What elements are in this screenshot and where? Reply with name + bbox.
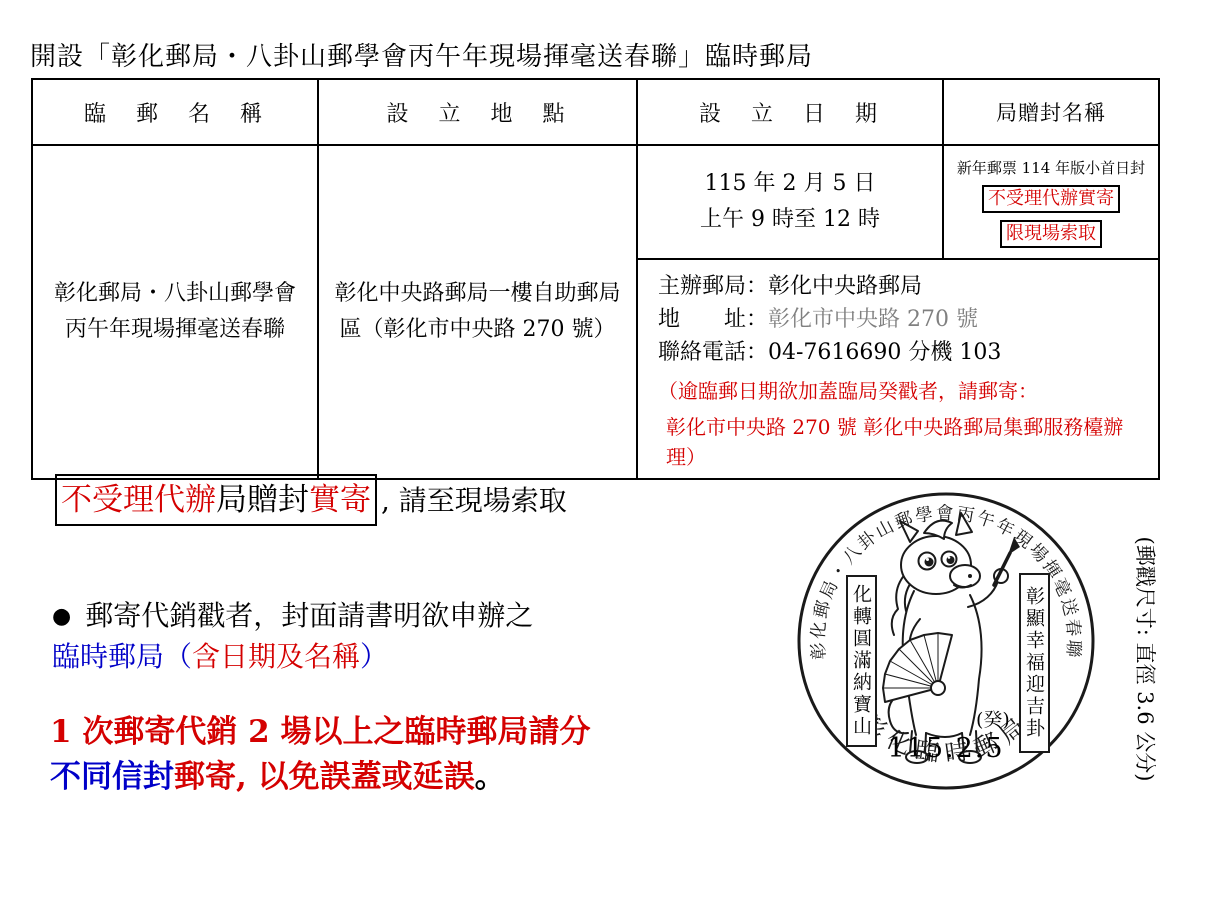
notice-boxed-phrase: 不受理代辦局贈封實寄 bbox=[55, 474, 377, 526]
bullet-block: ●郵寄代銷戳者，封面請書明欲申辦之 臨時郵局（含日期及名稱） bbox=[52, 596, 533, 677]
table-header-row: 臨 郵 名 稱 設 立 地 點 設 立 日 期 局贈封名稱 bbox=[32, 79, 1159, 145]
notice-red2: 實寄 bbox=[309, 482, 371, 518]
bullet-line1-text: 郵寄代銷戳者，封面請書明欲申辦之 bbox=[85, 599, 533, 632]
contact-host: 主辦郵局：彰化中央路郵局 bbox=[658, 270, 1152, 303]
date-line1: 115 年 2 月 5 日 bbox=[638, 166, 942, 202]
bullet-line1: ●郵寄代銷戳者，封面請書明欲申辦之 bbox=[52, 596, 533, 637]
stamp-right-box: 彰顯幸福迎吉卦 bbox=[1019, 573, 1050, 753]
stamp-seal-mark: (癸) bbox=[976, 705, 1010, 732]
page-title: 開設「彰化郵局・八卦山郵學會丙午年現場揮毫送春聯」臨時郵局 bbox=[30, 36, 813, 73]
contact-phone: 聯絡電話：04-7616690 分機 103 bbox=[658, 336, 1152, 369]
cover-note-onsite: 限現場索取 bbox=[1000, 220, 1102, 248]
notice-suffix: , 請至現場索取 bbox=[381, 484, 567, 517]
office-name-line1: 彰化郵局・八卦山郵學會 bbox=[33, 276, 317, 312]
document-page: 開設「彰化郵局・八卦山郵學會丙午年現場揮毫送春聯」臨時郵局 臨 郵 名 稱 設 … bbox=[0, 0, 1218, 898]
stamp-date: 115.2.5 bbox=[876, 733, 1016, 764]
cell-cover: 新年郵票 114 年版小首日封 不受理代辦實寄 限現場索取 bbox=[943, 145, 1159, 259]
horse-muzzle bbox=[950, 565, 980, 587]
bullet-red-text: 含日期及名稱 bbox=[192, 640, 360, 673]
horse-glint-left bbox=[926, 558, 929, 561]
warning-line2-red: 郵寄, 以免誤蓋或延誤 bbox=[174, 759, 475, 795]
notice-black: 局贈封 bbox=[216, 482, 309, 518]
contact-note-line1: （逾臨郵日期欲加蓋臨局癸戳者，請郵寄： bbox=[658, 376, 1152, 406]
bullet-icon: ● bbox=[52, 604, 71, 629]
stamp-size-caption: (郵戳尺寸: 直徑 3.6 公分) bbox=[1131, 489, 1161, 829]
bullet-paren-close: ） bbox=[360, 640, 388, 673]
cover-note-no-mail: 不受理代辦實寄 bbox=[982, 185, 1120, 213]
horse-hand-fan bbox=[931, 681, 945, 695]
horse-glint-right bbox=[948, 556, 951, 559]
horse-pupil-right bbox=[947, 556, 955, 564]
cell-contact: 主辦郵局：彰化中央路郵局 地 址：彰化市中央路 270 號 聯絡電話：04-76… bbox=[637, 259, 1159, 479]
office-name-line2: 丙午年現場揮毫送春聯 bbox=[33, 312, 317, 348]
notice-row: 不受理代辦局贈封實寄, 請至現場索取 bbox=[55, 474, 567, 526]
bullet-line2: 臨時郵局（含日期及名稱） bbox=[52, 637, 533, 677]
header-date: 設 立 日 期 bbox=[637, 79, 943, 145]
bullet-paren-open: （ bbox=[164, 640, 192, 673]
cover-name: 新年郵票 114 年版小首日封 bbox=[944, 158, 1158, 178]
stamp-left-box: 化轉圓滿納寶山 bbox=[846, 575, 877, 747]
cell-date: 115 年 2 月 5 日 上午 9 時至 12 時 bbox=[637, 145, 943, 259]
bullet-blue-text: 臨時郵局 bbox=[52, 640, 164, 673]
header-office-name: 臨 郵 名 稱 bbox=[32, 79, 318, 145]
date-line2: 上午 9 時至 12 時 bbox=[638, 202, 942, 238]
contact-note-line2: 彰化市中央路 270 號 彰化中央路郵局集郵服務檯辦理） bbox=[658, 412, 1152, 472]
contact-address-label: 地 址： bbox=[658, 307, 768, 332]
contact-address-value: 彰化市中央路 270 號 bbox=[768, 307, 978, 332]
warning-line2-period: 。 bbox=[475, 759, 506, 795]
location-line2: 區（彰化市中央路 270 號） bbox=[319, 312, 636, 348]
notice-red1: 不受理代辦 bbox=[61, 482, 216, 518]
header-location: 設 立 地 點 bbox=[318, 79, 637, 145]
horse-pupil-left bbox=[925, 558, 934, 567]
warning-line1: 1 次郵寄代銷 2 場以上之臨時郵局請分 bbox=[50, 710, 591, 755]
warning-line2-blue: 不同信封 bbox=[50, 759, 174, 795]
contact-address: 地 址：彰化市中央路 270 號 bbox=[658, 303, 1152, 336]
horse-nostril bbox=[968, 574, 972, 578]
postmark-stamp: 彰化郵局・八卦山郵學會丙午年現場揮毫送春聯 彰化臨時郵局 化轉圓滿納寶山 彰顯幸… bbox=[786, 483, 1116, 813]
warning-line2: 不同信封郵寄, 以免誤蓋或延誤。 bbox=[50, 755, 591, 800]
header-cover-name: 局贈封名稱 bbox=[943, 79, 1159, 145]
warning-block: 1 次郵寄代銷 2 場以上之臨時郵局請分 不同信封郵寄, 以免誤蓋或延誤。 bbox=[50, 710, 591, 800]
table-row: 彰化郵局・八卦山郵學會 丙午年現場揮毫送春聯 彰化中央路郵局一樓自助郵局 區（彰… bbox=[32, 145, 1159, 259]
cell-office-name: 彰化郵局・八卦山郵學會 丙午年現場揮毫送春聯 bbox=[32, 145, 318, 479]
cell-location: 彰化中央路郵局一樓自助郵局 區（彰化市中央路 270 號） bbox=[318, 145, 637, 479]
temp-post-office-table: 臨 郵 名 稱 設 立 地 點 設 立 日 期 局贈封名稱 彰化郵局・八卦山郵學… bbox=[31, 78, 1160, 480]
location-line1: 彰化中央路郵局一樓自助郵局 bbox=[319, 276, 636, 312]
